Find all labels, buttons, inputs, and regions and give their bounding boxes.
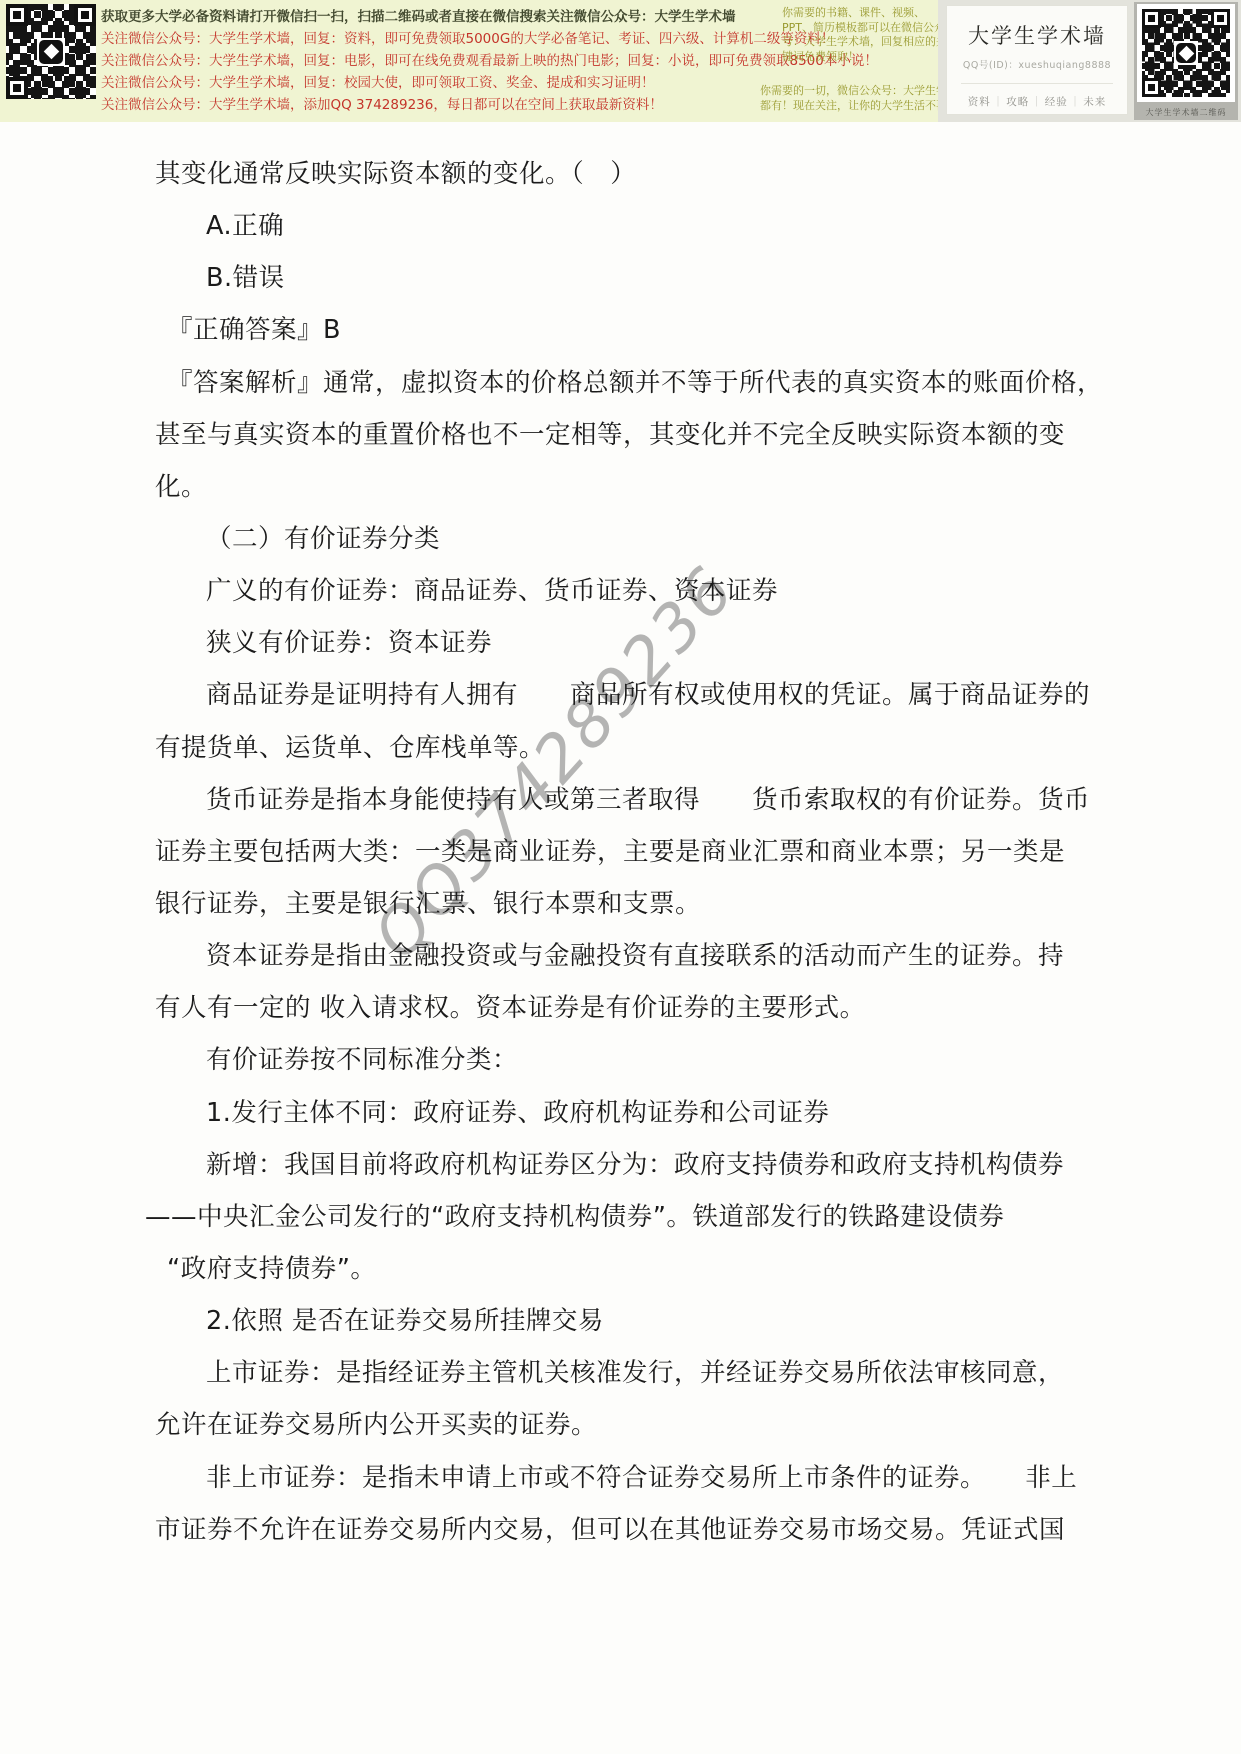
document-line: 化。 — [155, 461, 1165, 513]
qr-panel-right: 大学生学术墙二维码 — [1134, 2, 1238, 120]
document-line: A.正确 — [206, 200, 1165, 252]
promo-banner: 获取更多大学必备资料请打开微信扫一扫，扫描二维码或者直接在微信搜索关注微信公众号… — [0, 0, 1241, 122]
qr-finder-icon — [6, 4, 28, 26]
document-line: 商品证券是证明持有人拥有 商品所有权或使用权的凭证。属于商品证券的 — [206, 669, 1165, 721]
brand-card: 大学生学术墙 QQ号(ID)：xueshuqiang8888 资料攻略经验未来 — [946, 5, 1128, 115]
document-line: B.错误 — [206, 252, 1165, 304]
document-line: 2.依照 是否在证券交易所挂牌交易 — [206, 1295, 1165, 1347]
brand-title: 大学生学术墙 — [947, 20, 1127, 50]
academic-wall-logo-icon — [1174, 41, 1198, 65]
document-line: 市证券不允许在证券交易所内交易，但可以在其他证券交易市场交易。凭证式国 — [155, 1504, 1165, 1556]
diamond-icon — [1178, 45, 1194, 61]
document-line: 允许在证券交易所内公开买卖的证券。 — [155, 1399, 1165, 1451]
document-line: 甚至与真实资本的重置价格也不一定相等，其变化并不完全反映实际资本额的变 — [155, 409, 1165, 461]
qr-caption: 大学生学术墙二维码 — [1134, 107, 1238, 118]
brand-links: 资料攻略经验未来 — [947, 94, 1127, 109]
divider — [961, 83, 1113, 84]
document-line: 货币证券是指本身能使持有人或第三者取得 货币索取权的有价证券。货币 — [206, 774, 1165, 826]
banner-promo-line: 关注微信公众号：大学生学术墙，回复：资料，即可免费领取5000G的大学必备笔记、… — [101, 28, 878, 50]
banner-headline: 获取更多大学必备资料请打开微信扫一扫，扫描二维码或者直接在微信搜索关注微信公众号… — [101, 6, 878, 28]
academic-wall-logo-icon — [37, 38, 65, 66]
document-line: 『正确答案』B — [167, 304, 1165, 356]
brand-link: 攻略 — [991, 96, 1030, 108]
document-line: “政府支持债券”。 — [167, 1243, 1165, 1295]
document-line: （二）有价证券分类 — [206, 513, 1165, 565]
document-line: 1.发行主体不同：政府证券、政府机构证券和公司证券 — [206, 1087, 1165, 1139]
diamond-icon — [43, 44, 59, 60]
qr-finder-icon — [74, 4, 96, 26]
brand-link: 未来 — [1068, 96, 1107, 108]
document-line: 其变化通常反映实际资本额的变化。（ ） — [155, 148, 1165, 200]
document-line: 新增：我国目前将政府机构证券区分为：政府支持债券和政府支持机构债券 — [206, 1139, 1165, 1191]
qr-card — [1137, 4, 1235, 102]
document-line: 『答案解析』通常，虚拟资本的价格总额并不等于所代表的真实资本的账面价格， — [167, 357, 1165, 409]
qr-finder-icon — [1211, 9, 1230, 28]
document-line: 广义的有价证券：商品证券、货币证券、资本证券 — [206, 565, 1165, 617]
document-line: 有提货单、运货单、仓库栈单等。 — [155, 722, 1165, 774]
document-line: 上市证券：是指经证券主管机关核准发行，并经证券交易所依法审核同意， — [206, 1347, 1165, 1399]
brand-link: 资料 — [968, 96, 991, 108]
document-line: 非上市证券：是指未申请上市或不符合证券交易所上市条件的证券。 非上 — [206, 1452, 1165, 1504]
document-body: 其变化通常反映实际资本额的变化。（ ）A.正确B.错误『正确答案』B『答案解析』… — [155, 148, 1165, 1556]
document-line: 有人有一定的 收入请求权。资本证券是有价证券的主要形式。 — [155, 982, 1165, 1034]
document-line: 银行证券，主要是银行汇票、银行本票和支票。 — [155, 878, 1165, 930]
banner-promo-line: 关注微信公众号：大学生学术墙，回复：电影，即可在线免费观看最新上映的热门电影；回… — [101, 50, 878, 72]
banner-note-keywords: 你需要的书籍、课件、视频、PPT、简历模板都可以在微信公众号：大学生学术墙，回复… — [782, 6, 950, 64]
document-line: 有价证券按不同标准分类： — [206, 1034, 1165, 1086]
brand-link: 经验 — [1029, 96, 1068, 108]
qr-finder-icon — [1142, 9, 1161, 28]
wechat-qr-code-right — [1142, 9, 1230, 97]
banner-right-section: 大学生学术墙 QQ号(ID)：xueshuqiang8888 资料攻略经验未来 … — [938, 0, 1241, 122]
document-line: ——中央汇金公司发行的“政府支持机构债券”。铁道部发行的铁路建设债券 — [145, 1191, 1165, 1243]
document-line: 资本证券是指由金融投资或与金融投资有直接联系的活动而产生的证券。持 — [206, 930, 1165, 982]
brand-qq-id: QQ号(ID)：xueshuqiang8888 — [947, 57, 1127, 71]
document-line: 狭义有价证券：资本证券 — [206, 617, 1165, 669]
document-line: 证券主要包括两大类：一类是商业证券，主要是商业汇票和商业本票；另一类是 — [155, 826, 1165, 878]
qr-finder-icon — [6, 77, 28, 99]
wechat-qr-code-left — [6, 4, 96, 99]
qr-finder-icon — [1142, 78, 1161, 97]
